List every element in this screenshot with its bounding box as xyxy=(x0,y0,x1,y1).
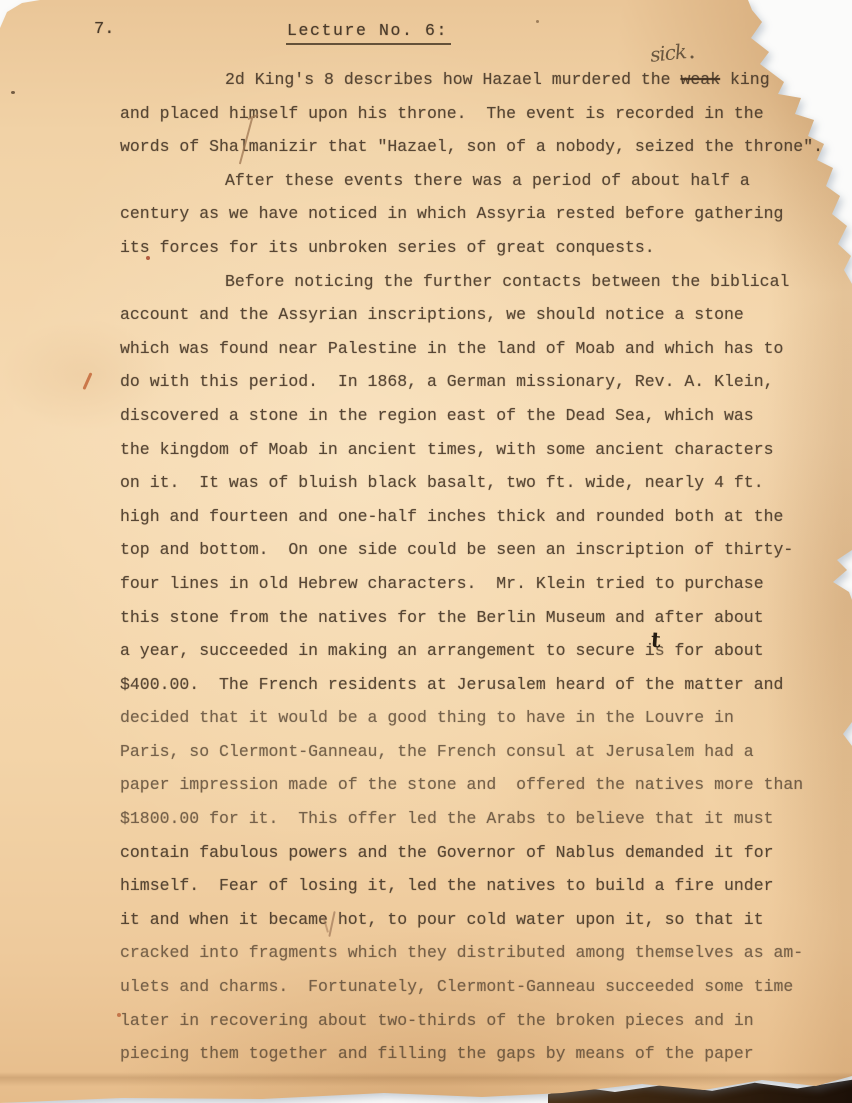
typed-segment: After these events there was a period of… xyxy=(225,171,750,190)
typed-line: decided that it would be a good thing to… xyxy=(120,708,852,742)
typed-line: this stone from the natives for the Berl… xyxy=(120,608,852,642)
typed-segment: words of Shalmanizir that "Hazael, son o… xyxy=(120,137,823,156)
typed-segment: four lines in old Hebrew characters. Mr.… xyxy=(120,574,764,593)
typed-line: Before noticing the further contacts bet… xyxy=(120,272,852,306)
typed-line: high and fourteen and one-half inches th… xyxy=(120,507,852,541)
handwritten-word-sick: sick xyxy=(649,39,687,67)
typed-segment: 2d King's 8 describes how Hazael murdere… xyxy=(225,70,680,89)
typed-line: on it. It was of bluish black basalt, tw… xyxy=(120,473,852,507)
typed-content: 7. Lecture No. 6: 2d King's 8 describes … xyxy=(0,0,852,1103)
typed-segment: later in recovering about two-thirds of … xyxy=(120,1011,754,1030)
typed-segment: and placed himself upon his throne. The … xyxy=(120,104,764,123)
ink-speck xyxy=(146,256,150,260)
ink-speck xyxy=(11,91,15,94)
typed-segment: for about xyxy=(665,641,764,660)
typed-segment: ulets and charms. Fortunately, Clermont-… xyxy=(120,977,793,996)
scanned-page: 7. Lecture No. 6: 2d King's 8 describes … xyxy=(0,0,852,1103)
typed-segment: $400.00. The French residents at Jerusal… xyxy=(120,675,783,694)
typed-segment: it and when it became hot, to pour cold … xyxy=(120,910,764,929)
typed-segment: a year, succeeded in making an arrangeme… xyxy=(120,641,655,660)
typed-line: its forces for its unbroken series of gr… xyxy=(120,238,852,272)
typed-line: four lines in old Hebrew characters. Mr.… xyxy=(120,574,852,608)
typed-segment: on it. It was of bluish black basalt, tw… xyxy=(120,473,764,492)
typed-segment: contain fabulous powers and the Governor… xyxy=(120,843,774,862)
typed-line: himself. Fear of losing it, led the nati… xyxy=(120,876,852,910)
typed-line: century as we have noticed in which Assy… xyxy=(120,204,852,238)
typed-line: After these events there was a period of… xyxy=(120,171,852,205)
typed-line: the kingdom of Moab in ancient times, wi… xyxy=(120,440,852,474)
handwritten-letter-t: t xyxy=(650,627,661,653)
typed-line: ulets and charms. Fortunately, Clermont-… xyxy=(120,977,852,1011)
typed-line: 2d King's 8 describes how Hazael murdere… xyxy=(120,70,852,104)
typed-segment: the kingdom of Moab in ancient times, wi… xyxy=(120,440,774,459)
typed-line: do with this period. In 1868, a German m… xyxy=(120,372,852,406)
page-number: 7. xyxy=(94,20,114,39)
typed-segment-strike: weak xyxy=(680,70,720,89)
typed-segment: high and fourteen and one-half inches th… xyxy=(120,507,783,526)
typed-line: and placed himself upon his throne. The … xyxy=(120,104,852,138)
typed-segment: king xyxy=(720,70,770,89)
typed-line: $400.00. The French residents at Jerusal… xyxy=(120,675,852,709)
typed-segment: its forces for its unbroken series of gr… xyxy=(120,238,655,257)
typed-segment: account and the Assyrian inscriptions, w… xyxy=(120,305,744,324)
typed-segment: $1800.00 for it. This offer led the Arab… xyxy=(120,809,774,828)
typed-line: paper impression made of the stone and o… xyxy=(120,775,852,809)
typed-line: piecing them together and filling the ga… xyxy=(120,1044,852,1078)
typed-segment: piecing them together and filling the ga… xyxy=(120,1044,754,1063)
typed-line: $1800.00 for it. This offer led the Arab… xyxy=(120,809,852,843)
typed-line: which was found near Palestine in the la… xyxy=(120,339,852,373)
typed-line: discovered a stone in the region east of… xyxy=(120,406,852,440)
ink-speck xyxy=(117,1013,121,1017)
typed-line: later in recovering about two-thirds of … xyxy=(120,1011,852,1045)
typed-segment: do with this period. In 1868, a German m… xyxy=(120,372,774,391)
ink-speck xyxy=(536,20,539,23)
typed-segment: century as we have noticed in which Assy… xyxy=(120,204,783,223)
typed-segment: paper impression made of the stone and o… xyxy=(120,775,803,794)
typed-segment: decided that it would be a good thing to… xyxy=(120,708,734,727)
typed-line: account and the Assyrian inscriptions, w… xyxy=(120,305,852,339)
typed-line: it and when it became hot, to pour cold … xyxy=(120,910,852,944)
typed-segment: himself. Fear of losing it, led the nati… xyxy=(120,876,774,895)
typed-line: contain fabulous powers and the Governor… xyxy=(120,843,852,877)
typed-line: words of Shalmanizir that "Hazael, son o… xyxy=(120,137,852,171)
typed-segment: top and bottom. On one side could be see… xyxy=(120,540,793,559)
typed-segment: discovered a stone in the region east of… xyxy=(120,406,754,425)
typed-lines: 2d King's 8 describes how Hazael murdere… xyxy=(0,70,852,1078)
typed-line: top and bottom. On one side could be see… xyxy=(120,540,852,574)
typed-line: Paris, so Clermont-Ganneau, the French c… xyxy=(120,742,852,776)
typed-segment: cracked into fragments which they distri… xyxy=(120,943,803,962)
page-title: Lecture No. 6: xyxy=(286,21,451,45)
typed-segment: Before noticing the further contacts bet… xyxy=(225,272,789,291)
typed-segment: Paris, so Clermont-Ganneau, the French c… xyxy=(120,742,754,761)
typed-segment: which was found near Palestine in the la… xyxy=(120,339,783,358)
typed-line: cracked into fragments which they distri… xyxy=(120,943,852,977)
typed-line: a year, succeeded in making an arrangeme… xyxy=(120,641,852,675)
typed-segment: this stone from the natives for the Berl… xyxy=(120,608,764,627)
